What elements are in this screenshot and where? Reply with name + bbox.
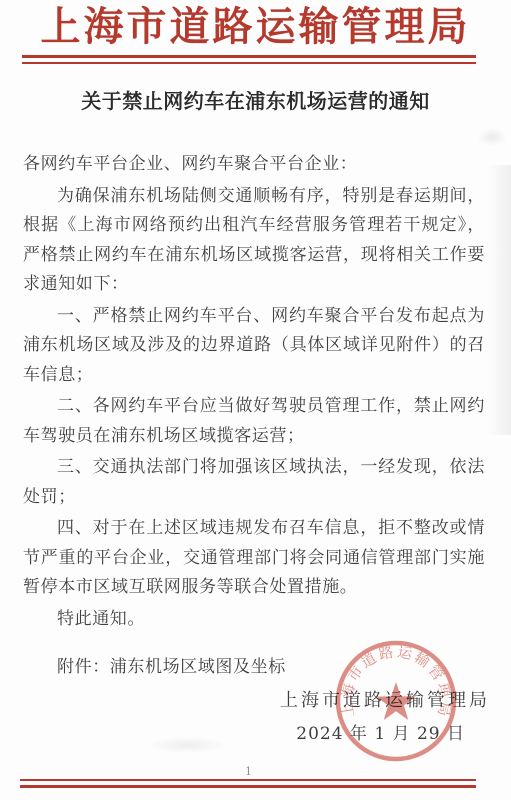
paragraph-item-3: 三、交通执法部门将加强该区域执法，一经发现，依法处罚； (23, 453, 485, 512)
paragraph-intro: 为确保浦东机场陆侧交通顺畅有序，特别是春运期间，根据《上海市网络预约出租汽车经营… (23, 182, 485, 300)
paragraph-item-1: 一、严格禁止网约车平台、网约车聚合平台发布起点为浦东机场区域及涉及的边界道路（具… (23, 302, 485, 391)
scan-artifact (477, 128, 507, 146)
scan-artifact (487, 165, 511, 435)
salutation-line: 各网约车平台企业、网约车聚合平台企业： (23, 150, 485, 180)
footer-rule-thick (20, 785, 476, 788)
scan-artifact (148, 737, 226, 753)
paragraph-closing: 特此通知。 (23, 605, 485, 635)
scanned-notice-page: 上海市道路运输管理局 关于禁止网约车在浦东机场运营的通知 各网约车平台企业、网约… (0, 0, 511, 800)
paragraph-item-2: 二、各网约车平台应当做好驾驶员管理工作，禁止网约车驾驶员在浦东机场区域揽客运营； (23, 392, 485, 451)
page-number: 1 (245, 766, 252, 778)
letterhead-agency-name: 上海市道路运输管理局 (0, 2, 511, 52)
star-icon (376, 682, 416, 720)
notice-body: 各网约车平台企业、网约车聚合平台企业： 为确保浦东机场陆侧交通顺畅有序，特别是春… (23, 150, 485, 685)
letterhead-rule-thick (22, 55, 476, 58)
notice-title: 关于禁止网约车在浦东机场运营的通知 (0, 86, 511, 116)
letterhead-rule-thin (22, 62, 476, 64)
paragraph-item-4: 四、对于在上述区域违规发布召车信息，拒不整改或情节严重的平台企业，交通管理部门将… (23, 514, 485, 603)
footer-rule-thin (20, 779, 476, 781)
official-seal: 上海市道路运输管理局 (326, 631, 466, 771)
